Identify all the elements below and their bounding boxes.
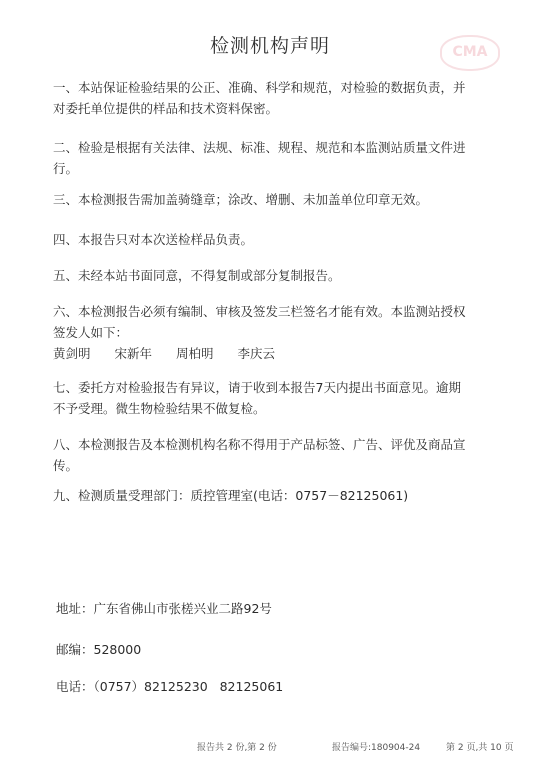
clause-6: 六、本检测报告必须有编制、审核及签发三栏签名才能有效。本监测站授权签发人如下：	[53, 301, 473, 343]
clause-5: 五、未经本站书面同意，不得复制或部分复制报告。	[53, 265, 473, 286]
clause-4: 四、本报告只对本次送检样品负责。	[53, 229, 473, 250]
signatory-name: 周柏明	[176, 343, 214, 364]
address: 地址：广东省佛山市张槎兴业二路92号	[56, 599, 272, 617]
signatory-list: 黄剑明 宋新年 周柏明 李庆云	[53, 343, 473, 364]
clause-9: 九、检测质量受理部门：质控管理室(电话：0757－82125061)	[53, 485, 473, 506]
clause-1: 一、本站保证检验结果的公正、准确、科学和规范，对检验的数据负责，并对委托单位提供…	[53, 77, 473, 119]
clause-2: 二、检验是根据有关法律、法规、标准、规程、规范和本监测站质量文件进行。	[53, 137, 473, 179]
copies-info: 报告共 2 份,第 2 份	[197, 740, 277, 753]
signatory-name: 黄剑明	[53, 343, 91, 364]
phone: 电话：（0757）82125230 82125061	[56, 677, 283, 695]
page-info: 第 2 页,共 10 页	[446, 740, 513, 753]
clause-8: 八、本检测报告及本检测机构名称不得用于产品标签、广告、评优及商品宣传。	[53, 434, 473, 476]
clause-3: 三、本检测报告需加盖骑缝章；涂改、增删、未加盖单位印章无效。	[53, 189, 473, 210]
signatory-name: 宋新年	[115, 343, 153, 364]
report-number: 报告编号:180904-24	[332, 740, 420, 753]
clause-7: 七、委托方对检验报告有异议，请于收到本报告7天内提出书面意见。逾期不予受理。微生…	[53, 377, 473, 419]
cma-stamp: CMA	[440, 35, 500, 71]
signatory-name: 李庆云	[238, 343, 276, 364]
postcode: 邮编：528000	[56, 640, 141, 658]
